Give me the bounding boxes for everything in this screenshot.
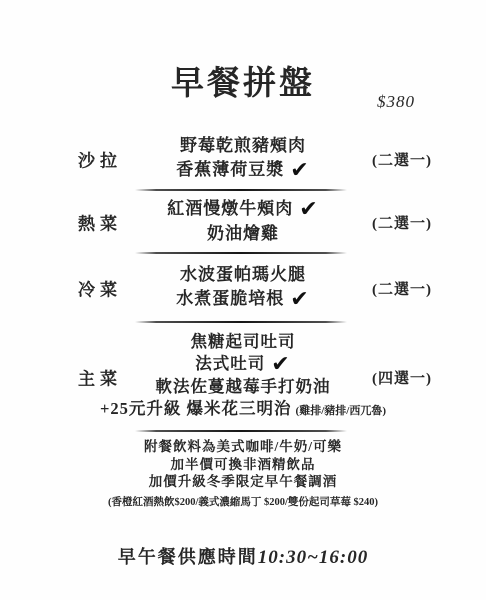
section-dishes: 焦糖起司吐司 法式吐司✔ 軟法佐蔓越莓手打奶油 +25元升級 爆米花三明治(雞排… [115,323,371,430]
menu-section: 冷菜 水波蛋帕瑪火腿 水煮蛋脆培根✔ (二選一) [0,254,486,323]
dish-item: 法式吐司✔ [195,353,290,376]
dish-item: 野莓乾煎豬頰肉 [180,134,306,158]
dish-name: 水波蛋帕瑪火腿 [180,265,306,284]
dish-item: 香蕉薄荷豆漿✔ [176,158,309,183]
service-hours-time: 10:30~16:00 [258,547,368,568]
dish-item: 軟法佐蔓越莓手打奶油 [156,376,331,398]
dish-name: 香蕉薄荷豆漿 [176,160,284,179]
dish-name: 軟法佐蔓越莓手打奶油 [156,377,331,396]
service-hours-label: 早午餐供應時間 [118,547,258,567]
dish-note: (雞排/豬排/西兀魯) [296,405,386,417]
check-mark-icon: ✔ [299,198,318,222]
dish-item: +25元升級 爆米花三明治(雞排/豬排/西兀魯) [100,398,386,422]
dish-item: 焦糖起司吐司 [191,331,296,353]
section-choice-label: (四選一) [372,367,432,388]
check-mark-icon: ✔ [290,288,309,312]
menu-price: $380 [377,92,415,112]
dish-name: 焦糖起司吐司 [191,332,296,351]
menu-notes: 附餐飲料為美式咖啡/牛奶/可樂 加半價可換非酒精飲品 加價升級冬季限定早午餐調酒… [0,438,486,509]
dish-name: 紅酒慢燉牛頰肉 [167,199,293,218]
notes-lines: 附餐飲料為美式咖啡/牛奶/可樂 加半價可換非酒精飲品 加價升級冬季限定早午餐調酒 [0,438,486,491]
dish-name: +25元升級 爆米花三明治 [100,399,292,418]
section-dishes: 野莓乾煎豬頰肉 香蕉薄荷豆漿✔ [115,128,371,189]
dish-name: 奶油燴雞 [207,224,279,243]
dish-item: 水煮蛋脆培根✔ [176,287,309,312]
dish-name: 野莓乾煎豬頰肉 [180,136,306,155]
service-hours: 早午餐供應時間10:30~16:00 [0,543,486,569]
section-choice-label: (二選一) [372,278,432,299]
section-choice-label: (二選一) [372,212,432,233]
note-line: 加半價可換非酒精飲品 [0,456,486,474]
dish-name: 法式吐司 [195,354,265,373]
check-mark-icon: ✔ [290,159,309,183]
menu-sections: 沙拉 野莓乾煎豬頰肉 香蕉薄荷豆漿✔ (二選一) 熱菜 紅酒慢燉牛頰肉✔ 奶油燴… [0,128,486,432]
menu-section: 沙拉 野莓乾煎豬頰肉 香蕉薄荷豆漿✔ (二選一) [0,128,486,191]
dish-item: 紅酒慢燉牛頰肉✔ [167,197,318,222]
dish-item: 奶油燴雞 [207,222,279,246]
menu-section: 熱菜 紅酒慢燉牛頰肉✔ 奶油燴雞 (二選一) [0,191,486,254]
menu-section: 主菜 焦糖起司吐司 法式吐司✔ 軟法佐蔓越莓手打奶油 +25元升級 爆米花三明治… [0,323,486,432]
dish-name: 水煮蛋脆培根 [176,289,284,308]
breakfast-menu-page: 早餐拼盤 $380 沙拉 野莓乾煎豬頰肉 香蕉薄荷豆漿✔ (二選一) 熱菜 紅酒… [0,0,486,600]
note-small-print: (香橙紅酒熱飲$200/義式濃縮馬丁 $200/雙份起司草莓 $240) [0,494,486,509]
note-line: 加價升級冬季限定早午餐調酒 [0,473,486,491]
dish-item: 水波蛋帕瑪火腿 [180,263,306,287]
section-dishes: 水波蛋帕瑪火腿 水煮蛋脆培根✔ [115,254,371,321]
note-line: 附餐飲料為美式咖啡/牛奶/可樂 [0,438,486,456]
check-mark-icon: ✔ [271,354,290,376]
section-dishes: 紅酒慢燉牛頰肉✔ 奶油燴雞 [115,191,371,252]
section-divider [135,430,347,432]
section-choice-label: (二選一) [372,149,432,170]
